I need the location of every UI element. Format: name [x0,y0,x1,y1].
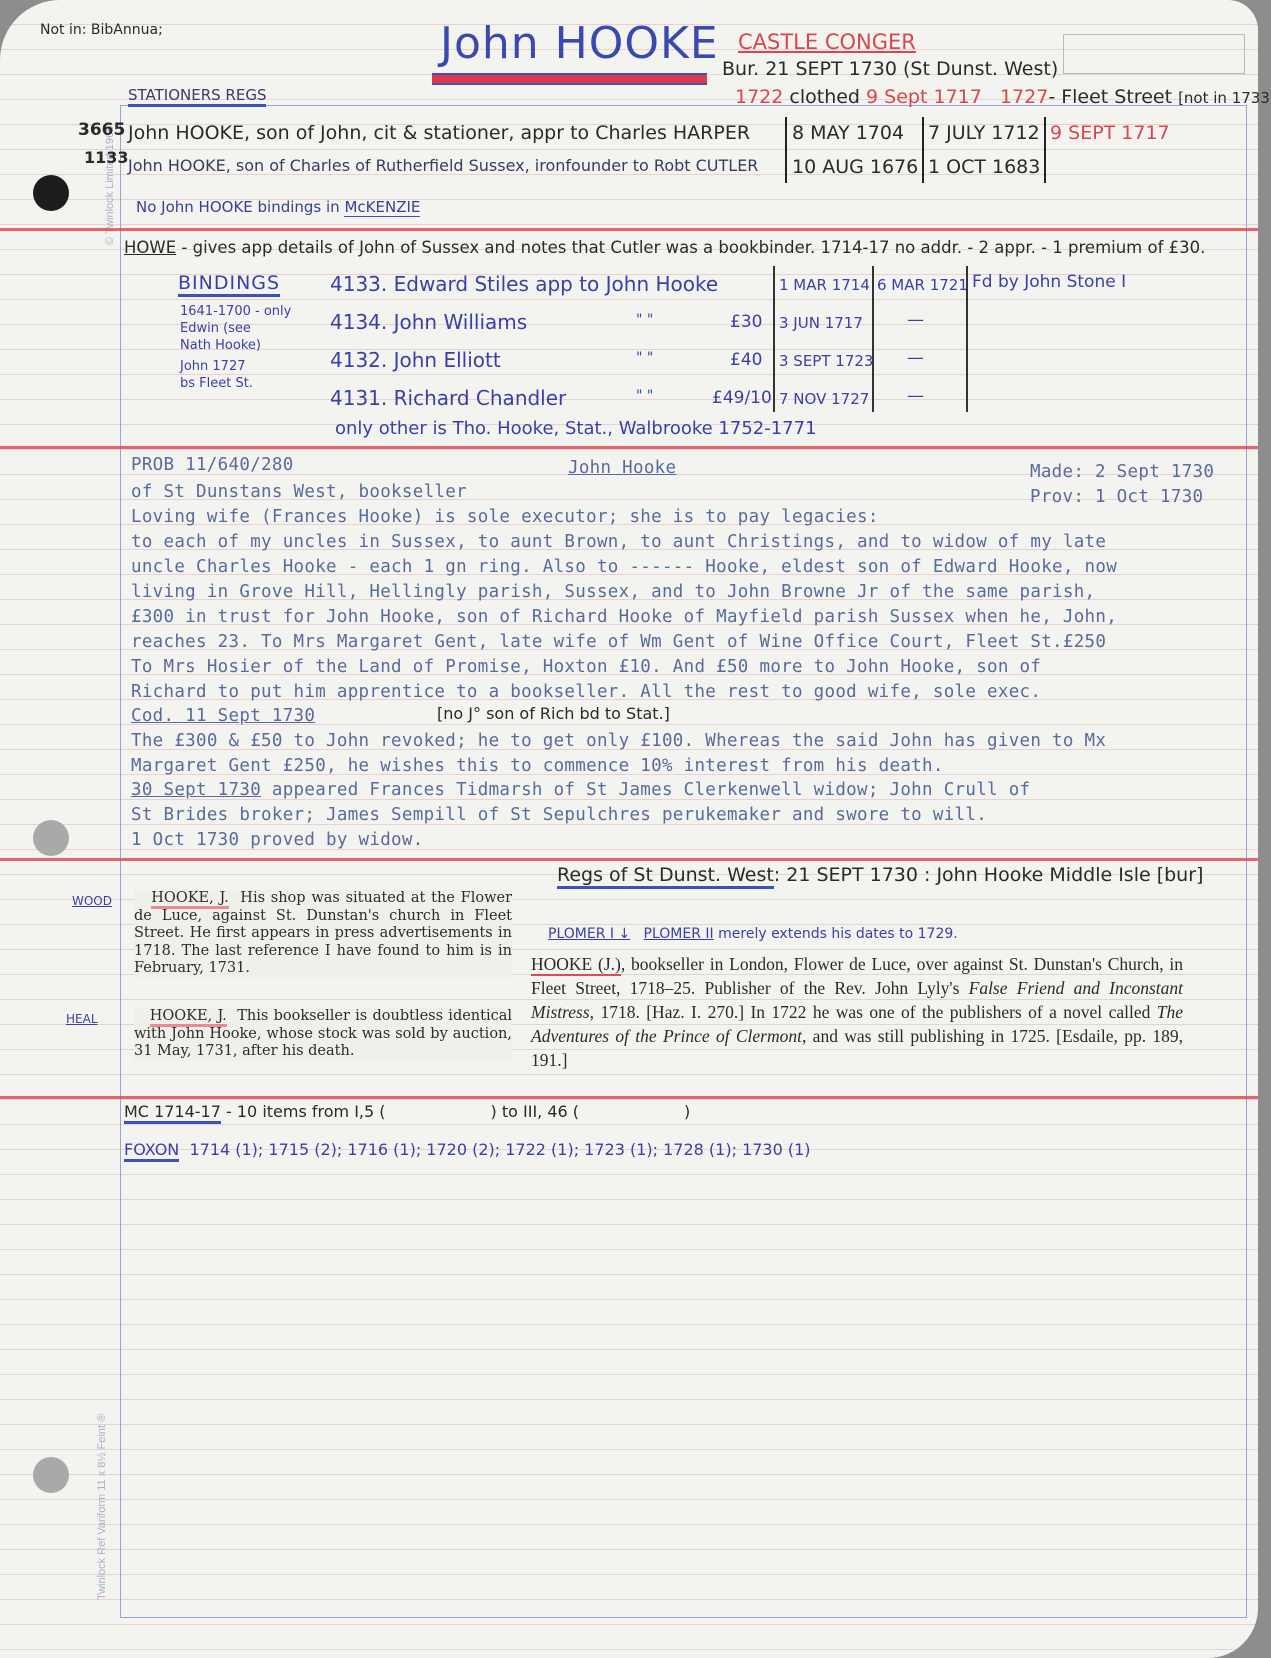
status-line: 1722 clothed 9 Sept 1717 1727- Fleet Str… [735,86,1271,108]
will-line: of St Dunstans West, bookseller [131,482,467,502]
red-divider [0,1096,1258,1099]
plomer-entry: HOOKE (J.), bookseller in London, Flower… [531,952,1183,1072]
appeared-line: St Brides broker; James Sempill of St Se… [131,805,987,825]
top-left-note: Not in: BibAnnua; [40,22,163,38]
will-line: Loving wife (Frances Hooke) is sole exec… [131,507,879,527]
binding-row-free: — [907,348,924,368]
codicil-note: [no J° son of Rich bd to Stat.] [437,704,670,723]
punch-hole [33,175,69,211]
binding-row-entry: 4134. John Williams [330,310,527,334]
mckenzie-ref: McKENZIE [344,198,420,217]
binding-row-premium: £30 [730,312,762,332]
binding-row-bound: 3 JUN 1717 [779,314,863,332]
stationers-row-entry: John HOOKE, son of Charles of Rutherfiel… [128,156,758,175]
plomer-label-2: PLOMER II [644,926,714,942]
will-line: To Mrs Hosier of the Land of Promise, Ho… [131,657,1041,677]
codicil-line: The £300 & £50 to John revoked; he to ge… [131,731,1106,751]
binding-row-premium: £49/10 [712,388,772,408]
codicil-line: Margaret Gent £250, he wishes this to co… [131,756,944,776]
wood-head: HOOKE, J. [151,890,229,909]
clothed-label: clothed [789,86,860,108]
binding-row-entry: 4132. John Elliott [330,348,501,372]
heal-label: HEAL [66,1012,98,1026]
stationers-row-free: 1 OCT 1683 [928,156,1040,178]
plomer-head: HOOKE (J.) [531,954,621,976]
will-ref: PROB 11/640/280 [131,455,294,475]
red-divider [0,446,1258,449]
heal-clipping: HOOKE, J. This bookseller is doubtless i… [134,1008,512,1061]
clothed-date: 9 Sept 1717 [866,86,982,108]
binding-row-note: Fd by John Stone I [972,272,1126,292]
stationers-row-extra: 9 SEPT 1717 [1050,122,1170,144]
table-divider [1044,117,1046,183]
red-divider [0,858,1258,861]
will-line: uncle Charles Hooke - each 1 gn ring. Al… [131,557,1117,577]
stationers-row-bound: 8 MAY 1704 [792,122,904,144]
wood-label: WOOD [72,894,112,908]
bindings-side-notes: 1641-1700 - only Edwin (see Nath Hooke) … [180,303,300,392]
mc-label: MC 1714-17 [124,1102,221,1124]
stationers-row-free: 7 JULY 1712 [928,122,1040,144]
table-divider [872,266,874,412]
appeared-line: 1 Oct 1730 proved by widow. [131,830,424,850]
howe-note: HOWE - gives app details of John of Suss… [124,238,1205,257]
binding-row-entry: 4131. Richard Chandler [330,386,566,410]
foxon-label: FOXON [124,1140,179,1162]
burial-note: Bur. 21 SEPT 1730 (St Dunst. West) [722,58,1058,80]
foxon-entries: 1714 (1); 1715 (2); 1716 (1); 1720 (2); … [189,1140,810,1159]
page-title: John HOOKE [440,18,719,69]
appeared-line: 30 Sept 1730 appeared Frances Tidmarsh o… [131,780,1030,800]
codicil-label: Cod. 11 Sept 1730 [131,706,315,726]
title-underline [432,73,707,85]
will-line: to each of my uncles in Sussex, to aunt … [131,532,1106,552]
binding-row-free: 6 MAR 1721 [877,276,968,294]
plomer-note: PLOMER I ↓ PLOMER II merely extends his … [548,926,958,942]
address: - Fleet Street [1048,86,1172,108]
binding-row-free: — [907,386,924,406]
binding-row-bound: 1 MAR 1714 [779,276,870,294]
stationers-row-entry: John HOOKE, son of John, cit & stationer… [128,122,750,144]
printed-form-id: Twinlock Ref Variform 11 x 8½ Feint ® [96,1414,108,1600]
table-divider [922,117,924,183]
punch-hole [33,1457,69,1493]
table-divider [785,117,787,183]
stationers-heading: STATIONERS REGS [128,86,266,107]
empty-label-box [1063,34,1245,74]
will-made: Made: 2 Sept 1730 [1030,462,1214,482]
binding-row-entry: 4133. Edward Stiles app to John Hooke [330,272,718,296]
year-1727: 1727 [1000,86,1048,108]
address-note: [not in 1733] [1178,89,1271,107]
ref-number: 3665 [78,120,125,140]
will-line: reaches 23. To Mrs Margaret Gent, late w… [131,632,1106,652]
binding-row-bound: 7 NOV 1727 [779,390,869,408]
punch-hole [33,820,69,856]
table-divider [966,266,968,412]
sign-name: CASTLE CONGER [738,30,916,54]
will-line: living in Grove Hill, Hellingly parish, … [131,582,1095,602]
wood-clipping: HOOKE, J. His shop was situated at the F… [134,890,512,978]
bindings-heading: BINDINGS [178,272,280,297]
howe-label: HOWE [124,238,176,257]
binding-row-premium: £40 [730,350,762,370]
heal-head: HOOKE, J. [150,1008,227,1027]
record-card: © Twinlock Limited 1965 Twinlock Ref Var… [0,0,1258,1658]
mckenzie-note: No John HOOKE bindings in McKENZIE [136,198,420,216]
foxon-note: FOXON 1714 (1); 1715 (2); 1716 (1); 1720… [124,1140,811,1159]
binding-row-bound: 3 SEPT 1723 [779,352,873,370]
year-1722: 1722 [735,86,783,108]
stationers-row-bound: 10 AUG 1676 [792,156,918,178]
plomer-label-1: PLOMER I ↓ [548,926,630,942]
appeared-date: 30 Sept 1730 [131,780,261,800]
regs-note: Regs of St Dunst. West: 21 SEPT 1730 : J… [557,864,1203,886]
will-name: John Hooke [568,458,676,478]
table-divider [773,266,775,412]
red-divider [0,228,1258,231]
regs-label: Regs of St Dunst. West [557,864,774,889]
will-proved: Prov: 1 Oct 1730 [1030,487,1203,507]
will-line: £300 in trust for John Hooke, son of Ric… [131,607,1117,627]
bindings-footer: only other is Tho. Hooke, Stat., Walbroo… [335,418,817,439]
mc-note: MC 1714-17 - 10 items from I,5 () to III… [124,1102,690,1121]
binding-row-free: — [907,310,924,330]
ref-number: 1133 [84,148,129,167]
binding-row-ditto: " " [636,312,653,328]
binding-row-ditto: " " [636,388,653,404]
binding-row-ditto: " " [636,350,653,366]
will-line: Richard to put him apprentice to a books… [131,682,1041,702]
